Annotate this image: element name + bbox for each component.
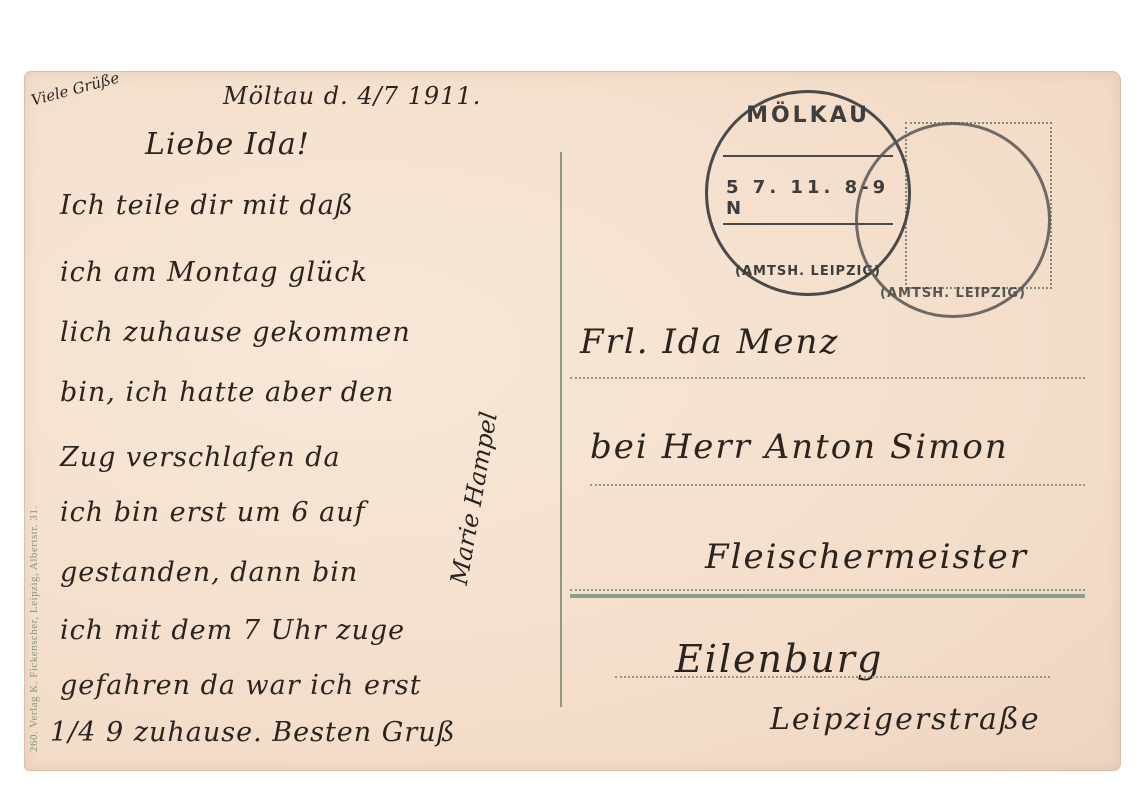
address-line-rule-solid [570,594,1085,598]
postmark-bar [723,155,893,157]
place-date: Möltau d. 4/7 1911. [223,82,481,110]
address-occupation: Fleischermeister [705,537,1028,577]
postcard: 260. Verlag K. Fickenscher, Leipzig, Alb… [25,72,1120,770]
vertical-signature: Marie Hampel [445,410,503,587]
salutation: Liebe Ida! [145,127,310,162]
message-line: 1/4 9 zuhause. Besten Gruß [50,717,456,748]
message-line: Zug verschlafen da [60,442,341,473]
message-line: bin, ich hatte aber den [60,377,394,408]
message-line: ich bin erst um 6 auf [60,497,366,528]
message-line: gestanden, dann bin [60,557,358,588]
address-line-rule [590,484,1085,486]
address-line-rule [570,377,1085,379]
message-line: ich am Montag glück [60,257,368,288]
address-care-of: bei Herr Anton Simon [590,427,1009,467]
address-city: Eilenburg [675,637,883,681]
message-address-divider [560,152,562,707]
message-line: ich mit dem 7 Uhr zuge [60,615,405,646]
margin-note: Viele Grüße [29,69,121,110]
postmark-district: (AMTSH. LEIPZIG) [858,286,1048,301]
address-recipient: Frl. Ida Menz [580,322,839,362]
postmark-town: MÖLKAU [708,103,908,128]
message-line: Ich teile dir mit daß [60,190,354,221]
address-line-rule [615,676,1050,678]
message-line: gefahren da war ich erst [60,670,422,701]
address-street: Leipzigerstraße [770,702,1041,737]
publisher-imprint: 260. Verlag K. Fickenscher, Leipzig, Alb… [28,505,40,752]
message-line: lich zuhause gekommen [60,317,411,348]
postmark-secondary: (AMTSH. LEIPZIG) [855,122,1051,318]
address-line-rule [570,589,1085,591]
